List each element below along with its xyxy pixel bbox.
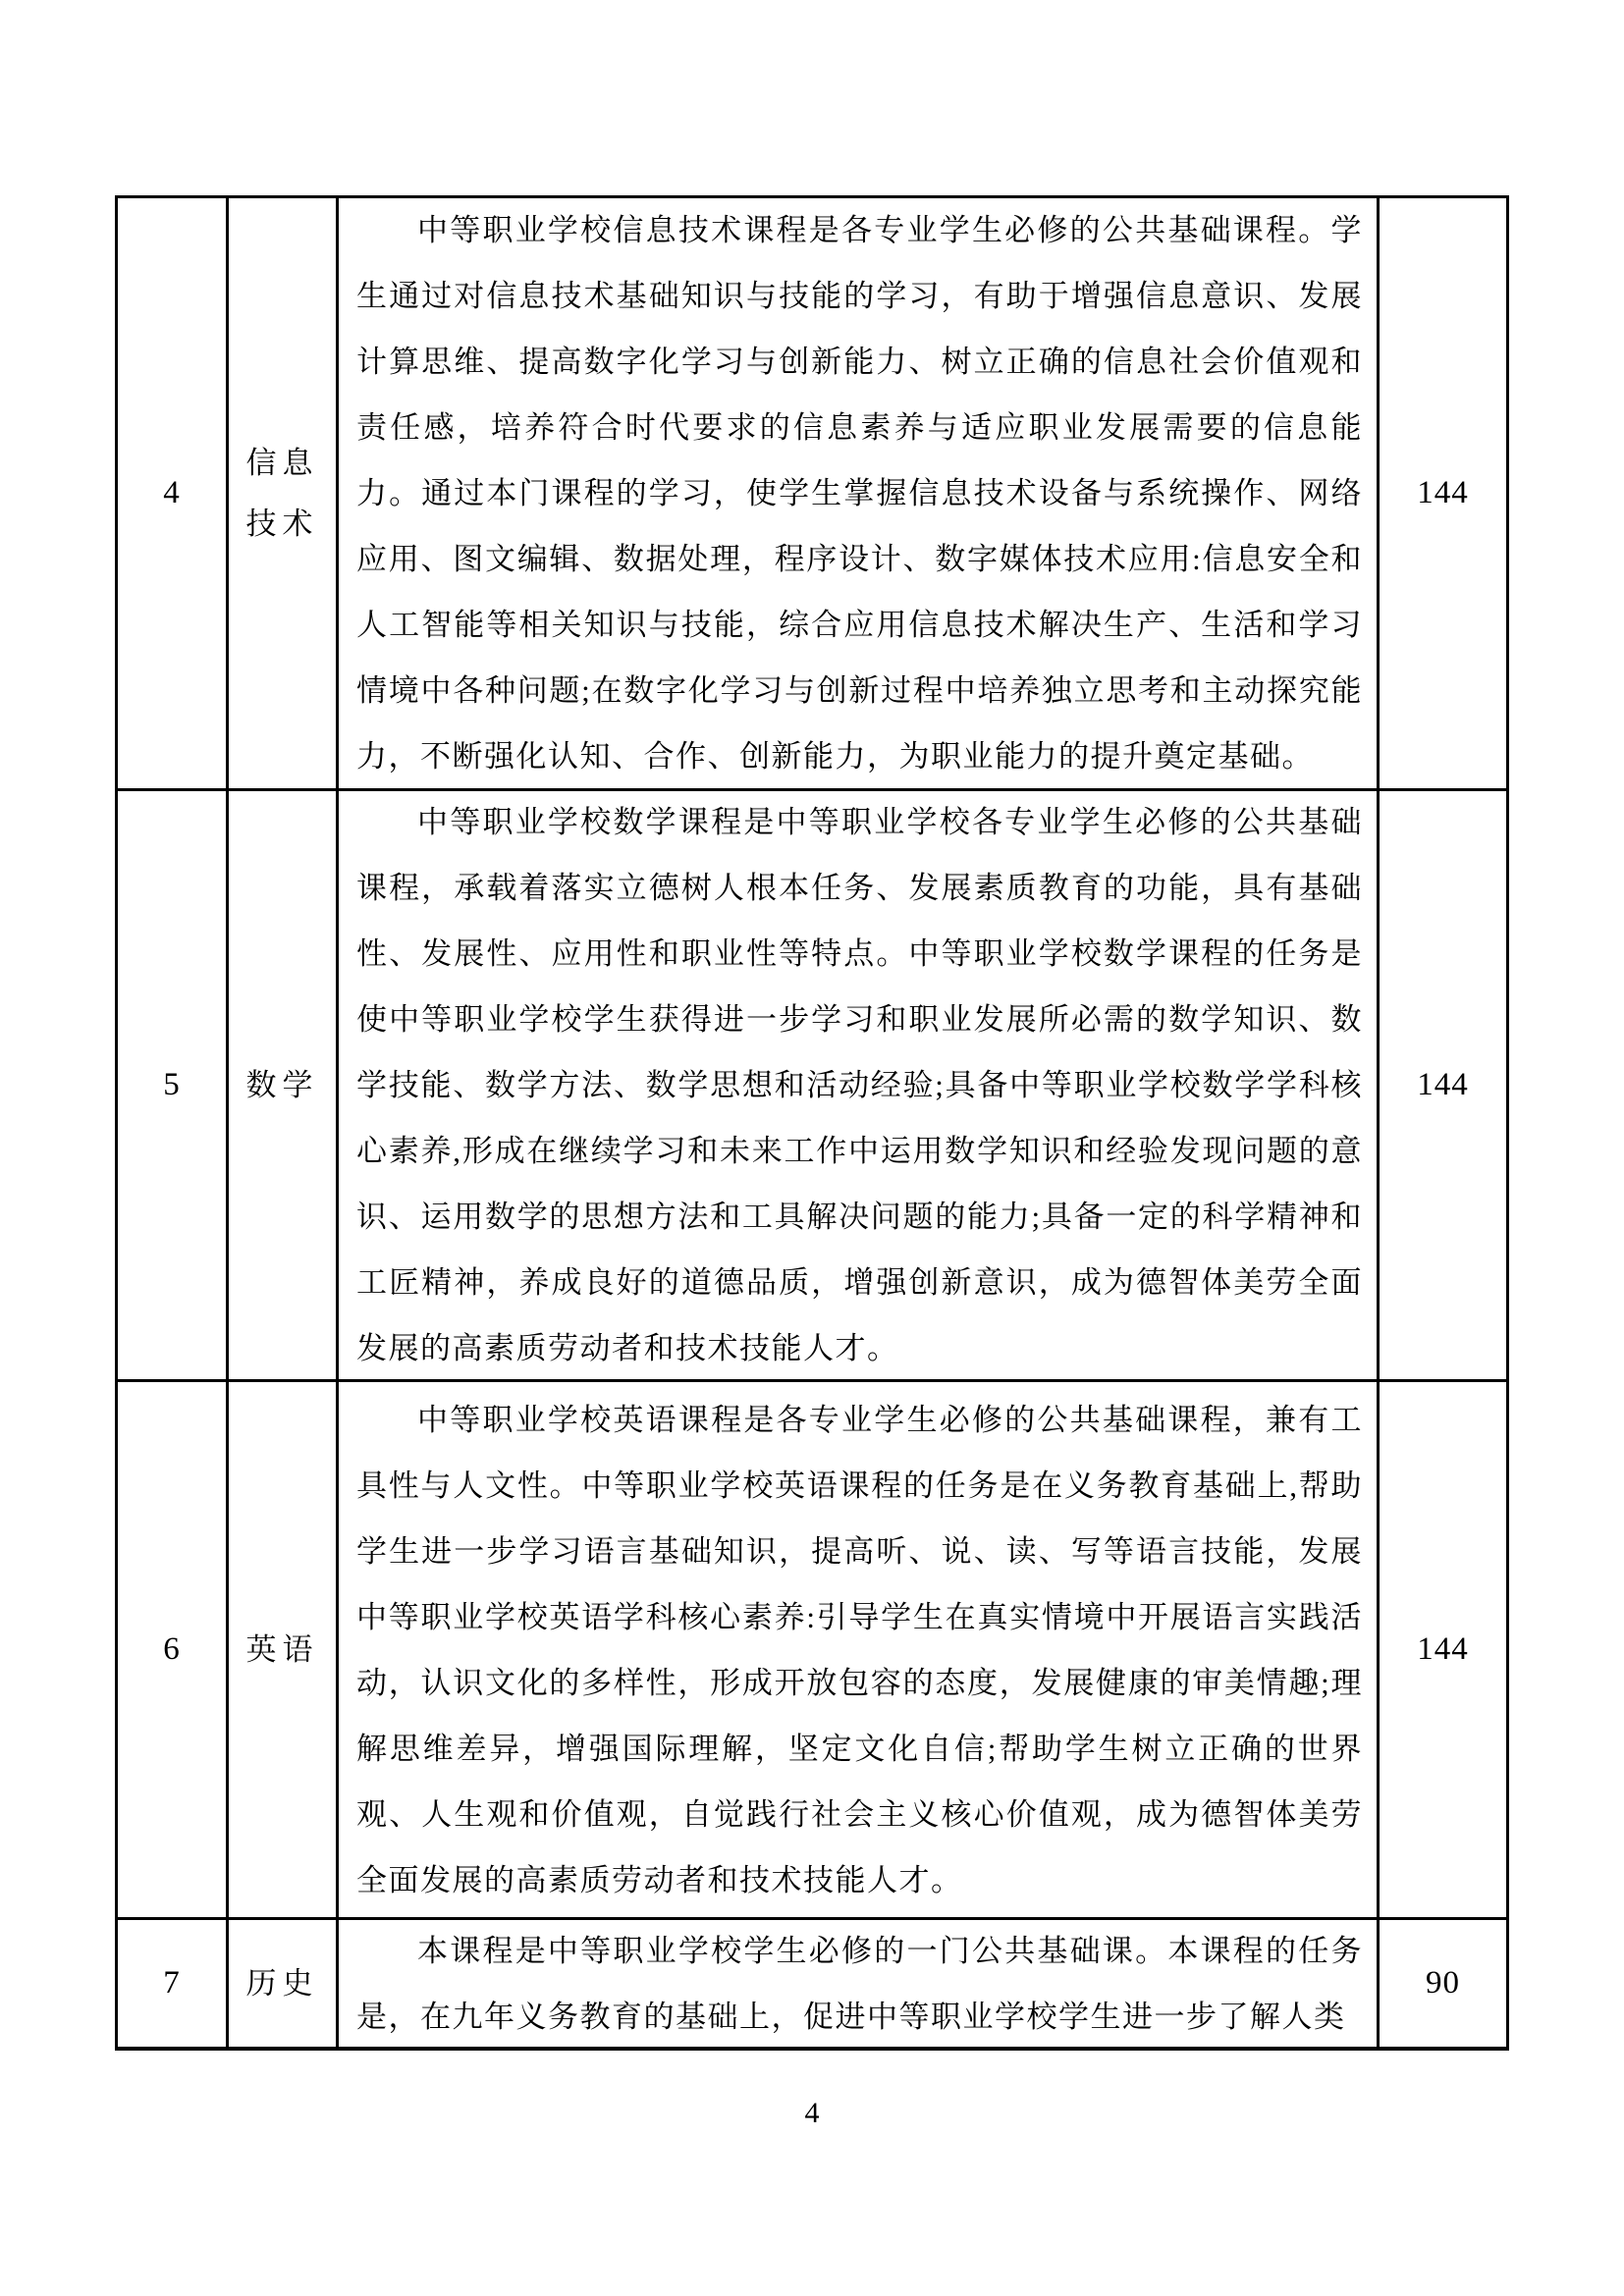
subject-name: 信息 技术 bbox=[229, 198, 339, 791]
page-number: 4 bbox=[0, 2097, 1624, 2130]
course-hours: 90 bbox=[1380, 1920, 1506, 2047]
row-number: 7 bbox=[118, 1920, 229, 2047]
course-description-cell: 本课程是中等职业学校学生必修的一门公共基础课。本课程的任务是，在九年义务教育的基… bbox=[339, 1920, 1380, 2047]
course-description-cell: 中等职业学校数学课程是中等职业学校各专业学生必修的公共基础课程，承载着落实立德树… bbox=[339, 791, 1380, 1382]
course-description: 中等职业学校信息技术课程是各专业学生必修的公共基础课程。学生通过对信息技术基础知… bbox=[356, 198, 1363, 789]
document-page: { "page": { "number": "4" }, "table": { … bbox=[0, 0, 1624, 2296]
course-description: 中等职业学校英语课程是各专业学生必修的公共基础课程，兼有工具性与人文性。中等职业… bbox=[356, 1387, 1363, 1913]
course-hours: 144 bbox=[1380, 1382, 1506, 1920]
course-hours: 144 bbox=[1380, 791, 1506, 1382]
course-description: 本课程是中等职业学校学生必修的一门公共基础课。本课程的任务是，在九年义务教育的基… bbox=[356, 1920, 1363, 2047]
course-hours: 144 bbox=[1380, 198, 1506, 791]
row-number: 6 bbox=[118, 1382, 229, 1920]
course-description-cell: 中等职业学校英语课程是各专业学生必修的公共基础课程，兼有工具性与人文性。中等职业… bbox=[339, 1382, 1380, 1920]
course-description: 中等职业学校数学课程是中等职业学校各专业学生必修的公共基础课程，承载着落实立德树… bbox=[356, 791, 1363, 1381]
row-number: 4 bbox=[118, 198, 229, 791]
subject-name: 数学 bbox=[229, 791, 339, 1382]
course-table: 4 信息 技术 中等职业学校信息技术课程是各专业学生必修的公共基础课程。学生通过… bbox=[115, 195, 1509, 2051]
subject-name: 英语 bbox=[229, 1382, 339, 1920]
course-description-cell: 中等职业学校信息技术课程是各专业学生必修的公共基础课程。学生通过对信息技术基础知… bbox=[339, 198, 1380, 791]
subject-name: 历史 bbox=[229, 1920, 339, 2047]
row-number: 5 bbox=[118, 791, 229, 1382]
